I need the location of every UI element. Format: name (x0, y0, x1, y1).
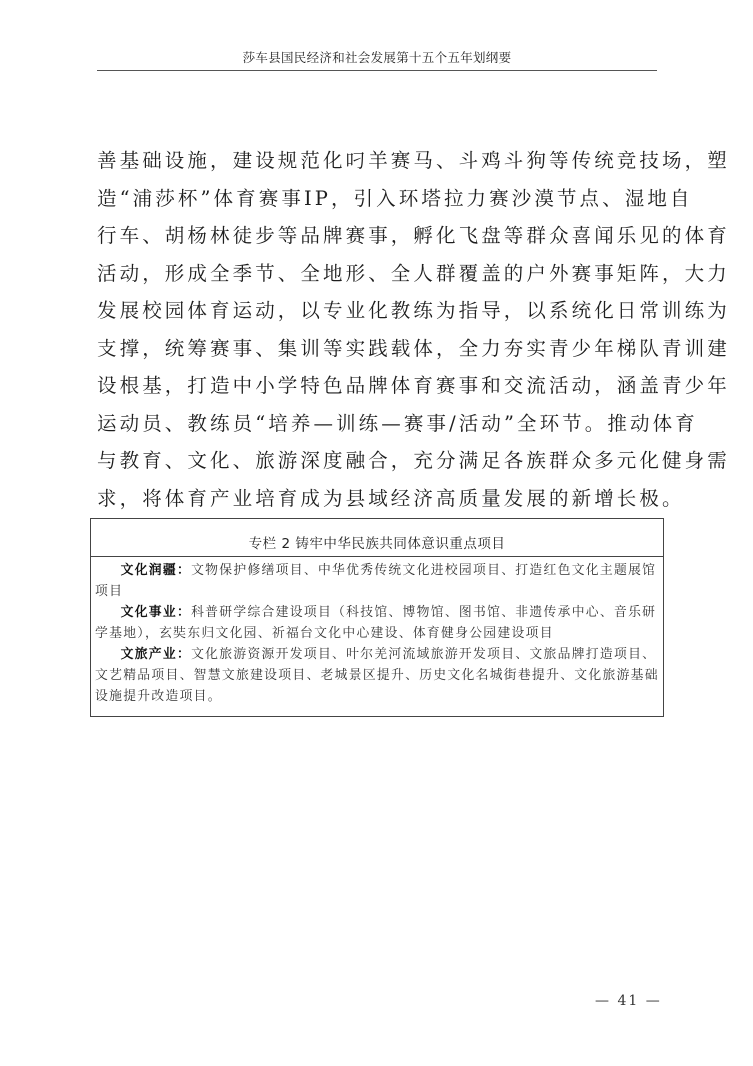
body-line: 活动，形成全季节、全地形、全人群覆盖的户外赛事矩阵，大力 (97, 255, 657, 293)
box-item-cultural-nourishment: 文化润疆：文物保护修缮项目、中华优秀传统文化进校园项目、打造红色文化主题展馆项目 (95, 560, 659, 602)
body-line: 设根基，打造中小学特色品牌体育赛事和交流活动，涵盖青少年 (97, 367, 657, 405)
box-item-label: 文化事业： (121, 605, 191, 620)
feature-box: 专栏 2 铸牢中华民族共同体意识重点项目 文化润疆：文物保护修缮项目、中华优秀传… (90, 518, 664, 717)
box-body: 文化润疆：文物保护修缮项目、中华优秀传统文化进校园项目、打造红色文化主题展馆项目… (91, 557, 663, 707)
box-item-label: 文旅产业： (121, 647, 191, 662)
body-line: 运动员、教练员“培养—训练—赛事/活动”全环节。推动体育 (97, 405, 657, 443)
body-line: 造“浦莎杯”体育赛事IP，引入环塔拉力赛沙漠节点、湿地自 (97, 180, 657, 218)
body-line: 发展校园体育运动，以专业化教练为指导，以系统化日常训练为 (97, 292, 657, 330)
header-divider (97, 70, 657, 71)
box-item-label: 文化润疆： (121, 563, 191, 578)
body-line: 支撑，统筹赛事、集训等实践载体，全力夯实青少年梯队青训建 (97, 330, 657, 368)
page-number: — 41 — (595, 993, 662, 1009)
box-title: 专栏 2 铸牢中华民族共同体意识重点项目 (91, 519, 663, 557)
body-line: 与教育、文化、旅游深度融合，充分满足各族群众多元化健身需 (97, 442, 657, 480)
box-item-cultural-undertakings: 文化事业：科普研学综合建设项目（科技馆、博物馆、图书馆、非遗传承中心、音乐研学基… (95, 602, 659, 644)
body-line: 求，将体育产业培育成为县域经济高质量发展的新增长极。 (97, 480, 657, 518)
running-header-title: 莎车县国民经济和社会发展第十五个五年划纲要 (97, 48, 657, 66)
body-line: 善基础设施，建设规范化叼羊赛马、斗鸡斗狗等传统竞技场，塑 (97, 142, 657, 180)
body-line: 行车、胡杨林徒步等品牌赛事，孵化飞盘等群众喜闻乐见的体育 (97, 217, 657, 255)
body-paragraph: 善基础设施，建设规范化叼羊赛马、斗鸡斗狗等传统竞技场，塑 造“浦莎杯”体育赛事I… (97, 142, 657, 517)
box-item-culture-tourism-industry: 文旅产业：文化旅游资源开发项目、叶尔羌河流域旅游开发项目、文旅品牌打造项目、文艺… (95, 644, 659, 707)
